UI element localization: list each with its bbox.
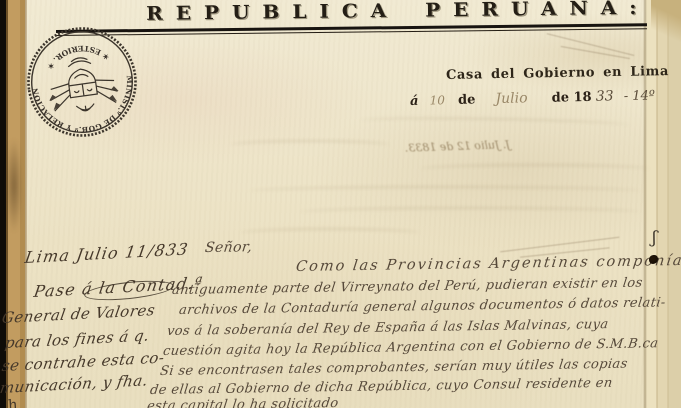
- seal-ring-text-bottom: ✶ ESTERIOR. ✶: [42, 40, 112, 73]
- body-line: de ellas al Gobierno de dicha República,…: [149, 376, 613, 398]
- date-line: á 10 de Julio de 18 33 - 14º: [410, 87, 672, 109]
- bleedthrough-line: [300, 207, 640, 217]
- hand-era: - 14º: [624, 88, 656, 104]
- svg-text:✶ ESTERIOR. ✶: ✶ ESTERIOR. ✶: [42, 40, 112, 73]
- body-line: archivos de la Contaduría general alguno…: [178, 295, 666, 318]
- body-line: antiguamente parte del Virreynato del Pe…: [171, 276, 644, 298]
- printed-place-line: Casa del Gobierno en Lima: [446, 64, 669, 83]
- bleedthrough-line: [360, 116, 630, 131]
- printed-de: de: [458, 92, 476, 107]
- bleedthrough-line: [420, 164, 650, 174]
- hand-day: 10: [429, 93, 445, 107]
- bleedthrough-line: [240, 228, 420, 238]
- hand-month: Julio: [495, 90, 527, 107]
- body-line: cuestión agita hoy la República Argentin…: [162, 336, 659, 359]
- body-line: vos á la soberanía del Rey de España á l…: [166, 317, 609, 339]
- printed-de18: de 18: [552, 90, 592, 106]
- body-line: Como las Provincias Argentinas componían: [295, 253, 681, 275]
- scanned-letter-page: REPUBLICA PERUANA: MINIST.º DE GOB.º Y R…: [0, 0, 681, 408]
- paper-edge-smudge: [6, 138, 22, 233]
- masthead-title: REPUBLICA PERUANA:: [146, 0, 666, 25]
- bleedthrough-line: [230, 140, 390, 150]
- hand-year: 33: [596, 88, 614, 104]
- salutation: Señor,: [204, 239, 253, 256]
- printed-a: á: [410, 94, 419, 109]
- bleedthrough-line: [250, 186, 640, 196]
- ministry-seal: MINIST.º DE GOB.º Y RELACION.ˢ ✶ ESTERIO…: [24, 24, 140, 140]
- body-line: esta capital lo ha solicitado: [146, 396, 339, 408]
- masthead-rule: [56, 23, 647, 36]
- bleedthrough-date-note: J. Julio 12 de 1833.: [402, 138, 510, 155]
- seal-serrated-ring: [24, 24, 140, 140]
- margin-note: Lima Julio 11/833: [23, 239, 190, 267]
